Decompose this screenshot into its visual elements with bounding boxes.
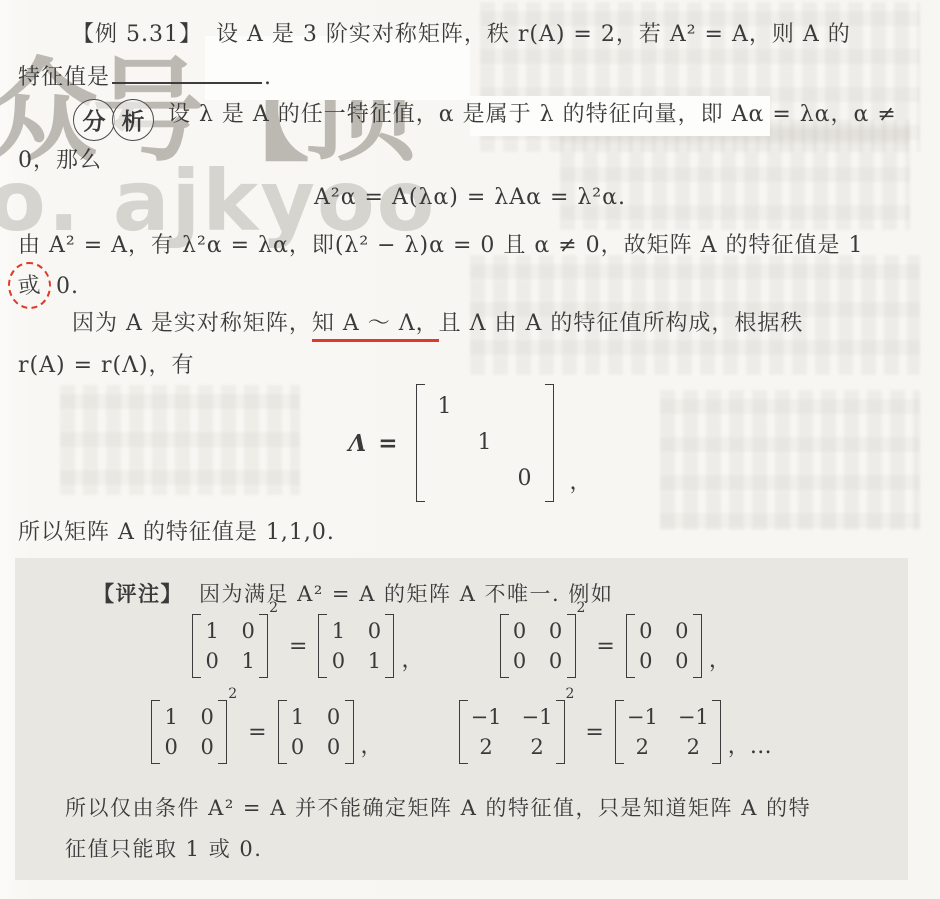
conclusion-line: 所以矩阵 A 的特征值是 1,1,0.: [18, 515, 335, 546]
answer-blank: [112, 62, 262, 84]
comment-closing-line1: 所以仅由条件 A² = A 并不能确定矩阵 A 的特征值，只是知道矩阵 A 的特: [65, 792, 811, 822]
scanned-textbook-page: 众号【顶 o. ajkyoo 【例 5.31】设 A 是 3 阶实对称矩阵，秩 …: [0, 0, 940, 899]
matrix-2x2: 0000: [626, 614, 702, 678]
comment-intro: 因为满足 A² = A 的矩阵 A 不唯一. 例如: [199, 582, 613, 606]
analysis-line3: 由 A² = A，有 λ²α = λα，即(λ² − λ)α = 0 且 α ≠…: [18, 228, 864, 259]
comment-label: 【评注】: [93, 581, 183, 606]
example-label: 【例 5.31】: [72, 22, 202, 47]
matrix-2x2: −1−122: [459, 700, 565, 764]
trailing-comma: ，: [570, 465, 592, 496]
lambda-diagonal-matrix: 110: [416, 384, 554, 502]
matrix-2x2: −1−122: [615, 700, 721, 764]
analysis-text: 因为 A 是实对称矩阵，: [72, 311, 312, 336]
comment-closing-line2: 征值只能取 1 或 0.: [65, 833, 262, 863]
analysis-line6: r(A) = r(Λ)，有: [18, 348, 195, 379]
analysis-text: 且 Λ 由 A 的特征值所构成，根据秩: [439, 311, 804, 336]
trailing-comma: ，: [709, 643, 731, 674]
equals-sign: =: [248, 720, 266, 745]
matrix-examples-row1: 10012 = 1001 ， 00002 = 0000 ，: [15, 614, 908, 678]
matrix-2x2: 1000: [151, 700, 227, 764]
analysis-badge-char-1: 分: [73, 99, 115, 141]
trailing-comma: ，: [361, 729, 383, 760]
analysis-line4: 或0.: [8, 262, 79, 309]
equation-eigen: A²α = A(λα) = λAα = λ²α.: [0, 185, 940, 210]
superscript-2: 2: [566, 686, 575, 702]
analysis-badge-char-2: 析: [112, 99, 154, 141]
matrix-equation: 10012 = 1001 ，: [192, 614, 423, 678]
squared-matrix: 00002: [500, 614, 586, 678]
circled-char: 或: [17, 273, 43, 300]
lambda-equals: Λ =: [348, 430, 399, 457]
problem-statement-line1: 【例 5.31】设 A 是 3 阶实对称矩阵，秩 r(A) = 2，若 A² =…: [72, 17, 851, 48]
squared-matrix: 10002: [151, 700, 237, 764]
problem-text: 设 A 是 3 阶实对称矩阵，秩 r(A) = 2，若 A² = A，则 A 的: [216, 22, 851, 47]
analysis-line1: 分 析 设 λ 是 A 的任一特征值，α 是属于 λ 的特征向量，即 Aα = …: [73, 97, 897, 141]
matrix-2x2: 1001: [318, 614, 394, 678]
superscript-2: 2: [269, 600, 278, 616]
analysis-badge: 分 析: [73, 99, 154, 141]
matrix-2x2: 1000: [278, 700, 354, 764]
equals-sign: =: [585, 720, 603, 745]
squared-matrix: 10012: [192, 614, 278, 678]
matrix-2x2: 0000: [500, 614, 576, 678]
matrix-2x2: 1001: [192, 614, 268, 678]
analysis-text: 0.: [56, 274, 79, 299]
trailing-comma: ，: [401, 643, 423, 674]
problem-statement-line2: 特征值是.: [18, 60, 272, 91]
analysis-line5: 因为 A 是实对称矩阵，知 A ～ Λ，且 Λ 由 A 的特征值所构成，根据秩: [72, 306, 803, 342]
problem-text: .: [264, 65, 272, 90]
lambda-matrix-equation: Λ = 110 ，: [0, 384, 940, 502]
trailing-ellipsis: ，…: [728, 729, 772, 760]
squared-matrix: −1−1222: [459, 700, 575, 764]
matrix-equation: 00002 = 0000 ，: [500, 614, 731, 678]
analysis-text: 设 λ 是 A 的任一特征值，α 是属于 λ 的特征向量，即 Aα = λα，α…: [168, 102, 897, 127]
problem-text: 特征值是: [18, 65, 110, 90]
matrix-examples-row2: 10002 = 1000 ， −1−1222 = −1−122 ，…: [15, 700, 908, 764]
comment-heading: 【评注】因为满足 A² = A 的矩阵 A 不唯一. 例如: [93, 578, 613, 608]
equals-sign: =: [596, 634, 614, 659]
red-underline-annotation: 知 A ～ Λ，: [312, 306, 439, 342]
analysis-line2: 0，那么: [18, 143, 102, 174]
matrix-equation: 10002 = 1000 ，: [151, 700, 382, 764]
red-dashed-circle-annotation: 或: [6, 260, 54, 311]
superscript-2: 2: [228, 686, 237, 702]
superscript-2: 2: [577, 600, 586, 616]
equals-sign: =: [289, 634, 307, 659]
matrix-equation: −1−1222 = −1−122 ，…: [459, 700, 772, 764]
